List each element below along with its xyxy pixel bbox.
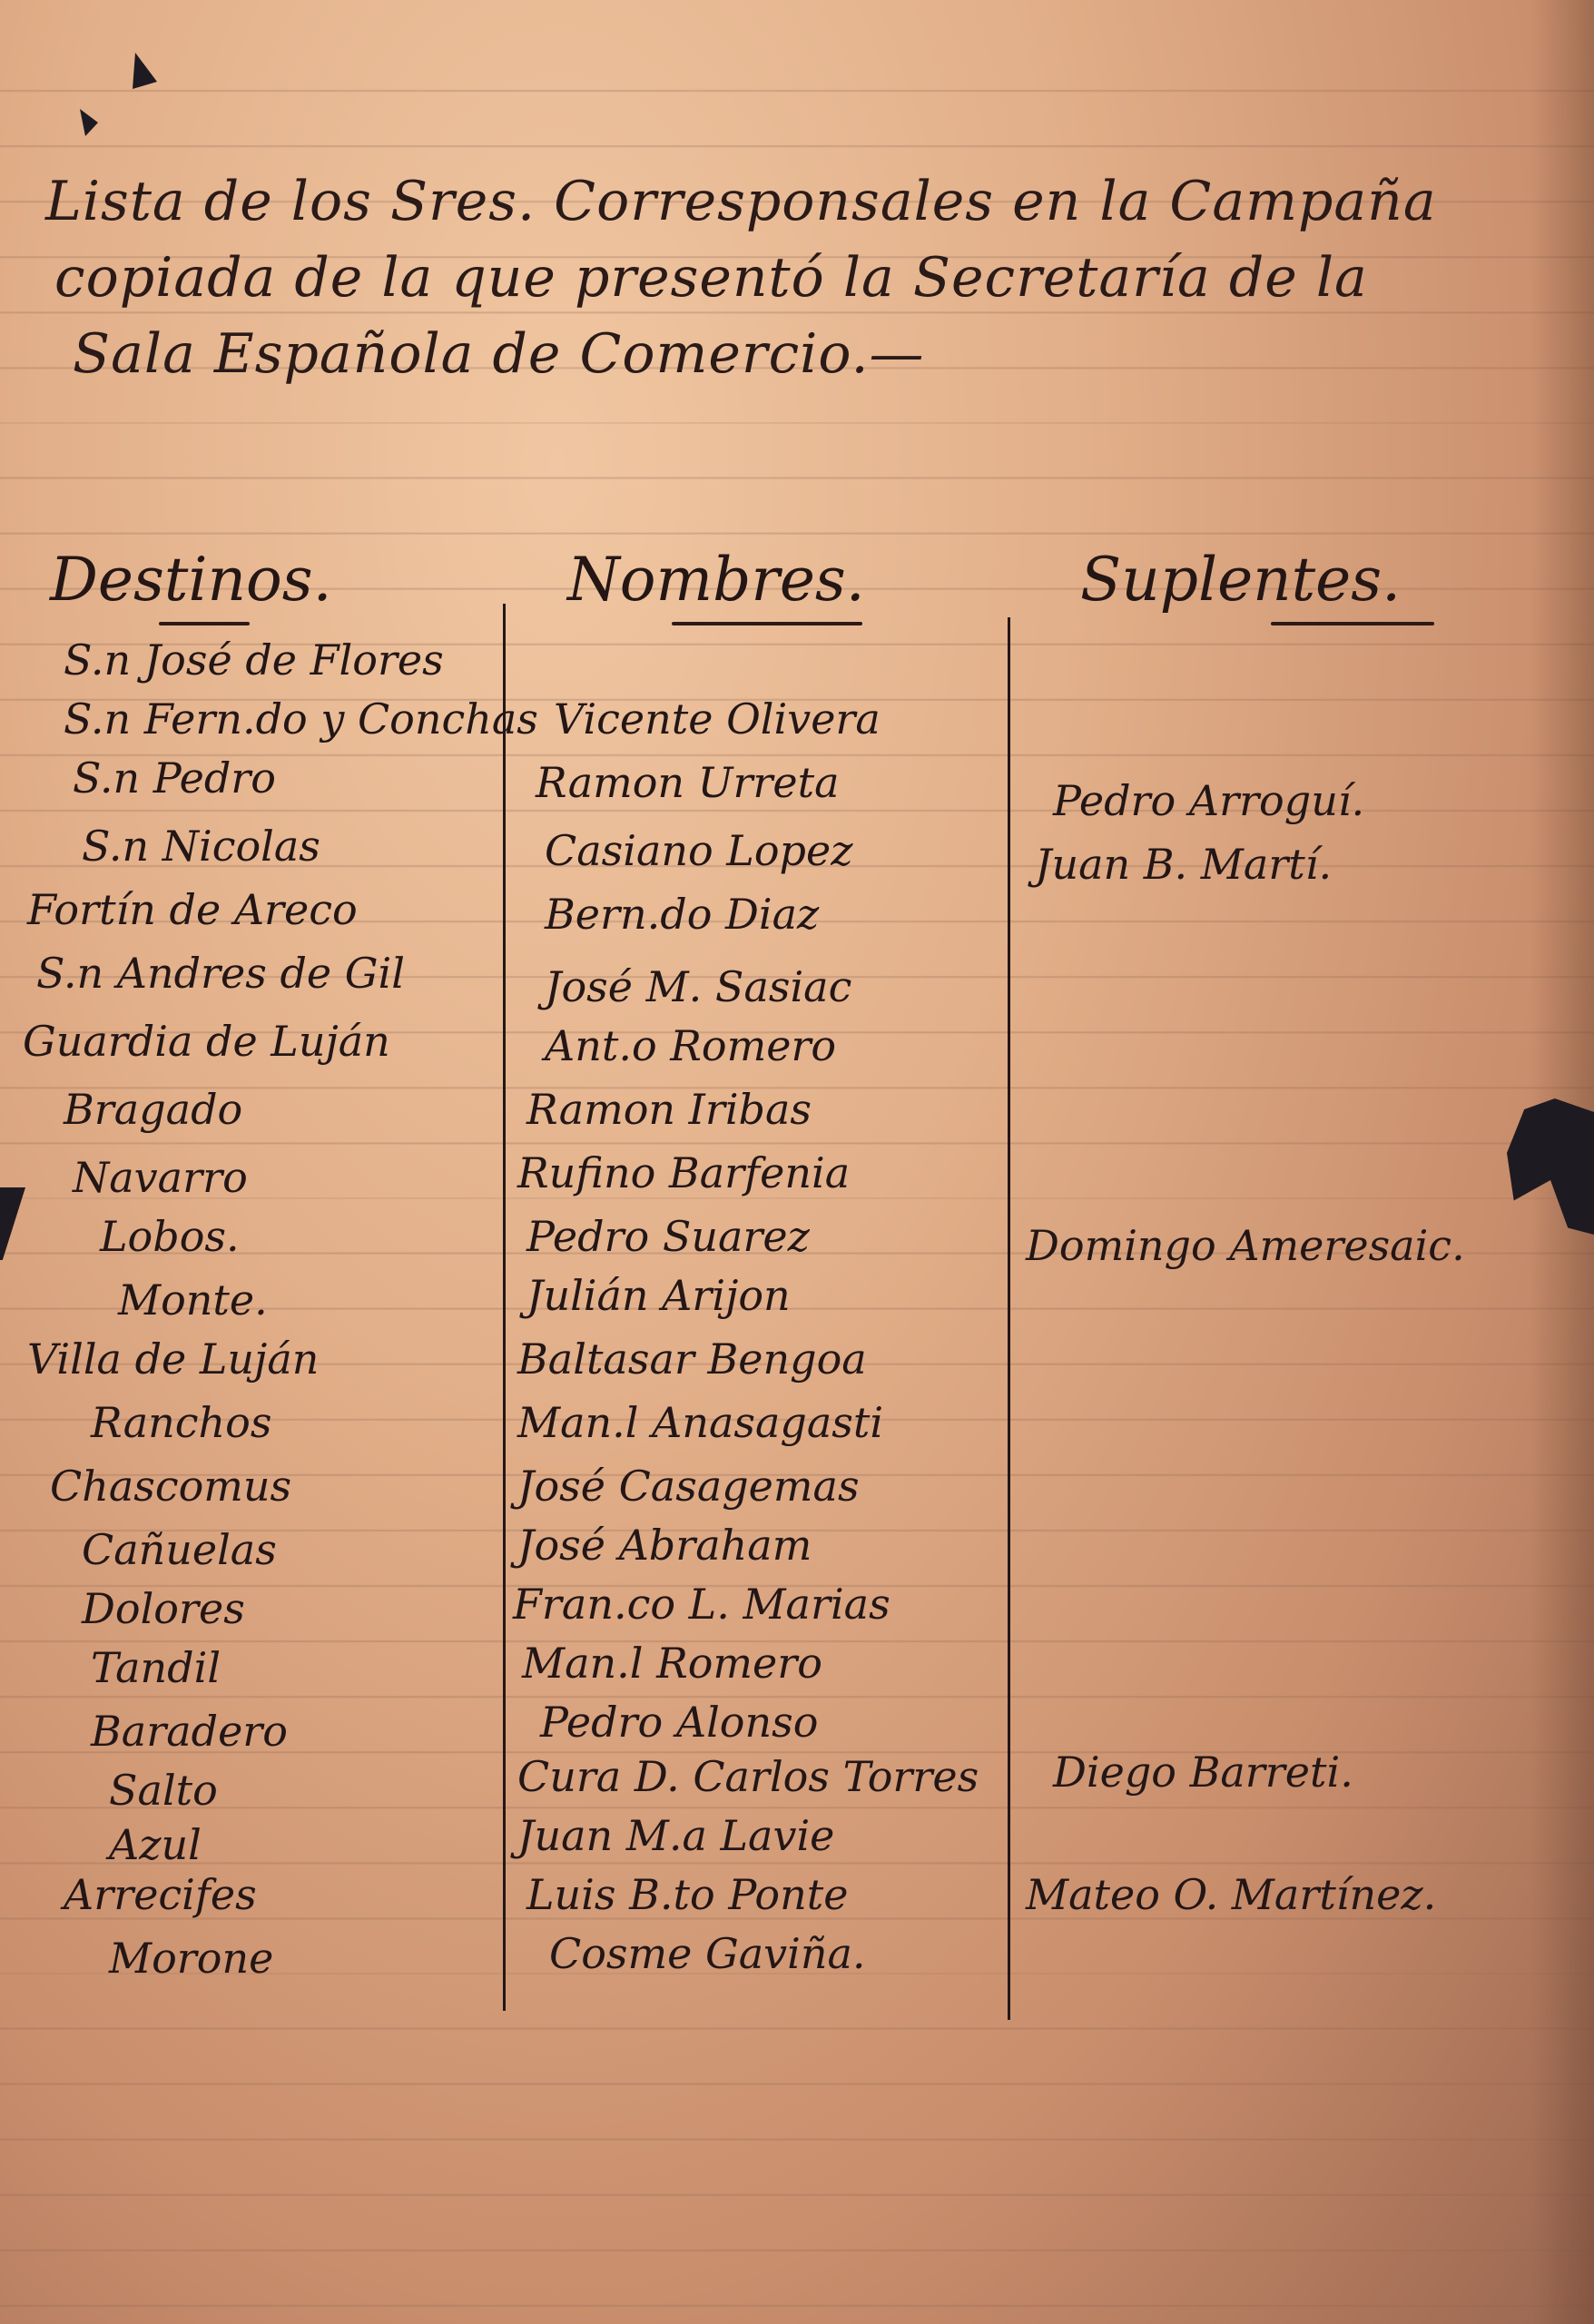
nombre-cell: Man.l Romero	[522, 1639, 822, 1689]
destino-cell: Baradero	[91, 1707, 288, 1758]
nombre-cell: Fran.co L. Marias	[513, 1580, 890, 1630]
column-header-label: Suplentes.	[1080, 545, 1401, 615]
destino-cell: S.n Nicolas	[82, 822, 320, 872]
suplente-cell: Diego Barreti.	[1053, 1748, 1353, 1798]
destino-cell: Ranchos	[91, 1398, 271, 1449]
nombre-cell: José Abraham	[517, 1521, 812, 1571]
manuscript-page: Lista de los Sres. Corresponsales en la …	[0, 0, 1594, 2324]
nombre-cell: Man.l Anasagasti	[517, 1398, 883, 1449]
header-underline	[672, 622, 862, 625]
destino-cell: Chascomus	[50, 1462, 291, 1512]
destino-cell: Villa de Luján	[27, 1334, 319, 1385]
title-line-3: Sala Española de Comercio.—	[45, 316, 1570, 392]
header-underline	[1271, 622, 1434, 625]
nombre-cell: Rufino Barfenia	[517, 1148, 850, 1199]
column-header-nombres: Nombres.	[567, 545, 865, 625]
nombre-cell: Luis B.to Ponte	[526, 1870, 848, 1921]
header-underline	[159, 622, 250, 625]
destino-cell: Salto	[109, 1766, 218, 1817]
column-header-suplentes: Suplentes.	[1080, 545, 1434, 625]
column-header-label: Nombres.	[567, 545, 865, 615]
suplente-cell: Pedro Arroguí.	[1053, 776, 1364, 827]
nombre-cell: Bern.do Diaz	[545, 890, 819, 940]
nombre-cell: Cura D. Carlos Torres	[517, 1752, 979, 1803]
destino-cell: S.n Fern.do y Conchas	[64, 694, 538, 745]
column-divider	[503, 604, 506, 2011]
title-line-2: copiada de la que presentó la Secretaría…	[45, 240, 1570, 316]
destino-cell: Navarro	[73, 1153, 248, 1204]
nombre-cell: Vicente Olivera	[554, 694, 881, 745]
paper-tear-left	[0, 1187, 25, 1260]
destino-cell: Azul	[109, 1820, 202, 1871]
nombre-cell: Baltasar Bengoa	[517, 1334, 867, 1385]
nombre-cell: Juan M.a Lavie	[517, 1811, 834, 1862]
destino-cell: Guardia de Luján	[23, 1017, 390, 1068]
column-divider	[1008, 617, 1010, 2020]
destino-cell: S.n Andres de Gil	[36, 949, 405, 1000]
paper-hole	[130, 53, 157, 89]
nombre-cell: Cosme Gaviña.	[549, 1929, 866, 1980]
nombre-cell: Pedro Suarez	[526, 1212, 810, 1263]
nombre-cell: Ramon Iribas	[526, 1085, 812, 1136]
paper-hole	[80, 109, 98, 136]
destino-cell: Arrecifes	[64, 1870, 257, 1921]
destino-cell: S.n Pedro	[73, 753, 276, 804]
nombre-cell: José Casagemas	[517, 1462, 860, 1512]
nombre-cell: Pedro Alonso	[540, 1698, 818, 1748]
suplente-cell: Mateo O. Martínez.	[1026, 1870, 1436, 1921]
nombre-cell: José M. Sasiac	[545, 962, 851, 1013]
destino-cell: Monte.	[118, 1275, 268, 1326]
column-header-label: Destinos.	[50, 545, 332, 615]
suplente-cell: Domingo Ameresaic.	[1026, 1221, 1465, 1272]
destino-cell: Tandil	[91, 1643, 221, 1694]
nombre-cell: Casiano Lopez	[545, 826, 852, 877]
destino-cell: Cañuelas	[82, 1525, 277, 1576]
destino-cell: Lobos.	[100, 1212, 240, 1263]
nombre-cell: Ramon Urreta	[536, 758, 840, 809]
nombre-cell: Ant.o Romero	[545, 1021, 836, 1072]
destino-cell: Dolores	[82, 1584, 245, 1635]
nombre-cell: Julián Arijon	[526, 1271, 791, 1322]
document-title: Lista de los Sres. Corresponsales en la …	[45, 163, 1570, 392]
destino-cell: Bragado	[64, 1085, 242, 1136]
destino-cell: Fortín de Areco	[27, 885, 358, 936]
title-line-1: Lista de los Sres. Corresponsales en la …	[45, 163, 1570, 240]
destino-cell: Morone	[109, 1934, 273, 1984]
suplente-cell: Juan B. Martí.	[1035, 840, 1332, 891]
destino-cell: S.n José de Flores	[64, 635, 444, 686]
column-header-destinos: Destinos.	[50, 545, 332, 625]
